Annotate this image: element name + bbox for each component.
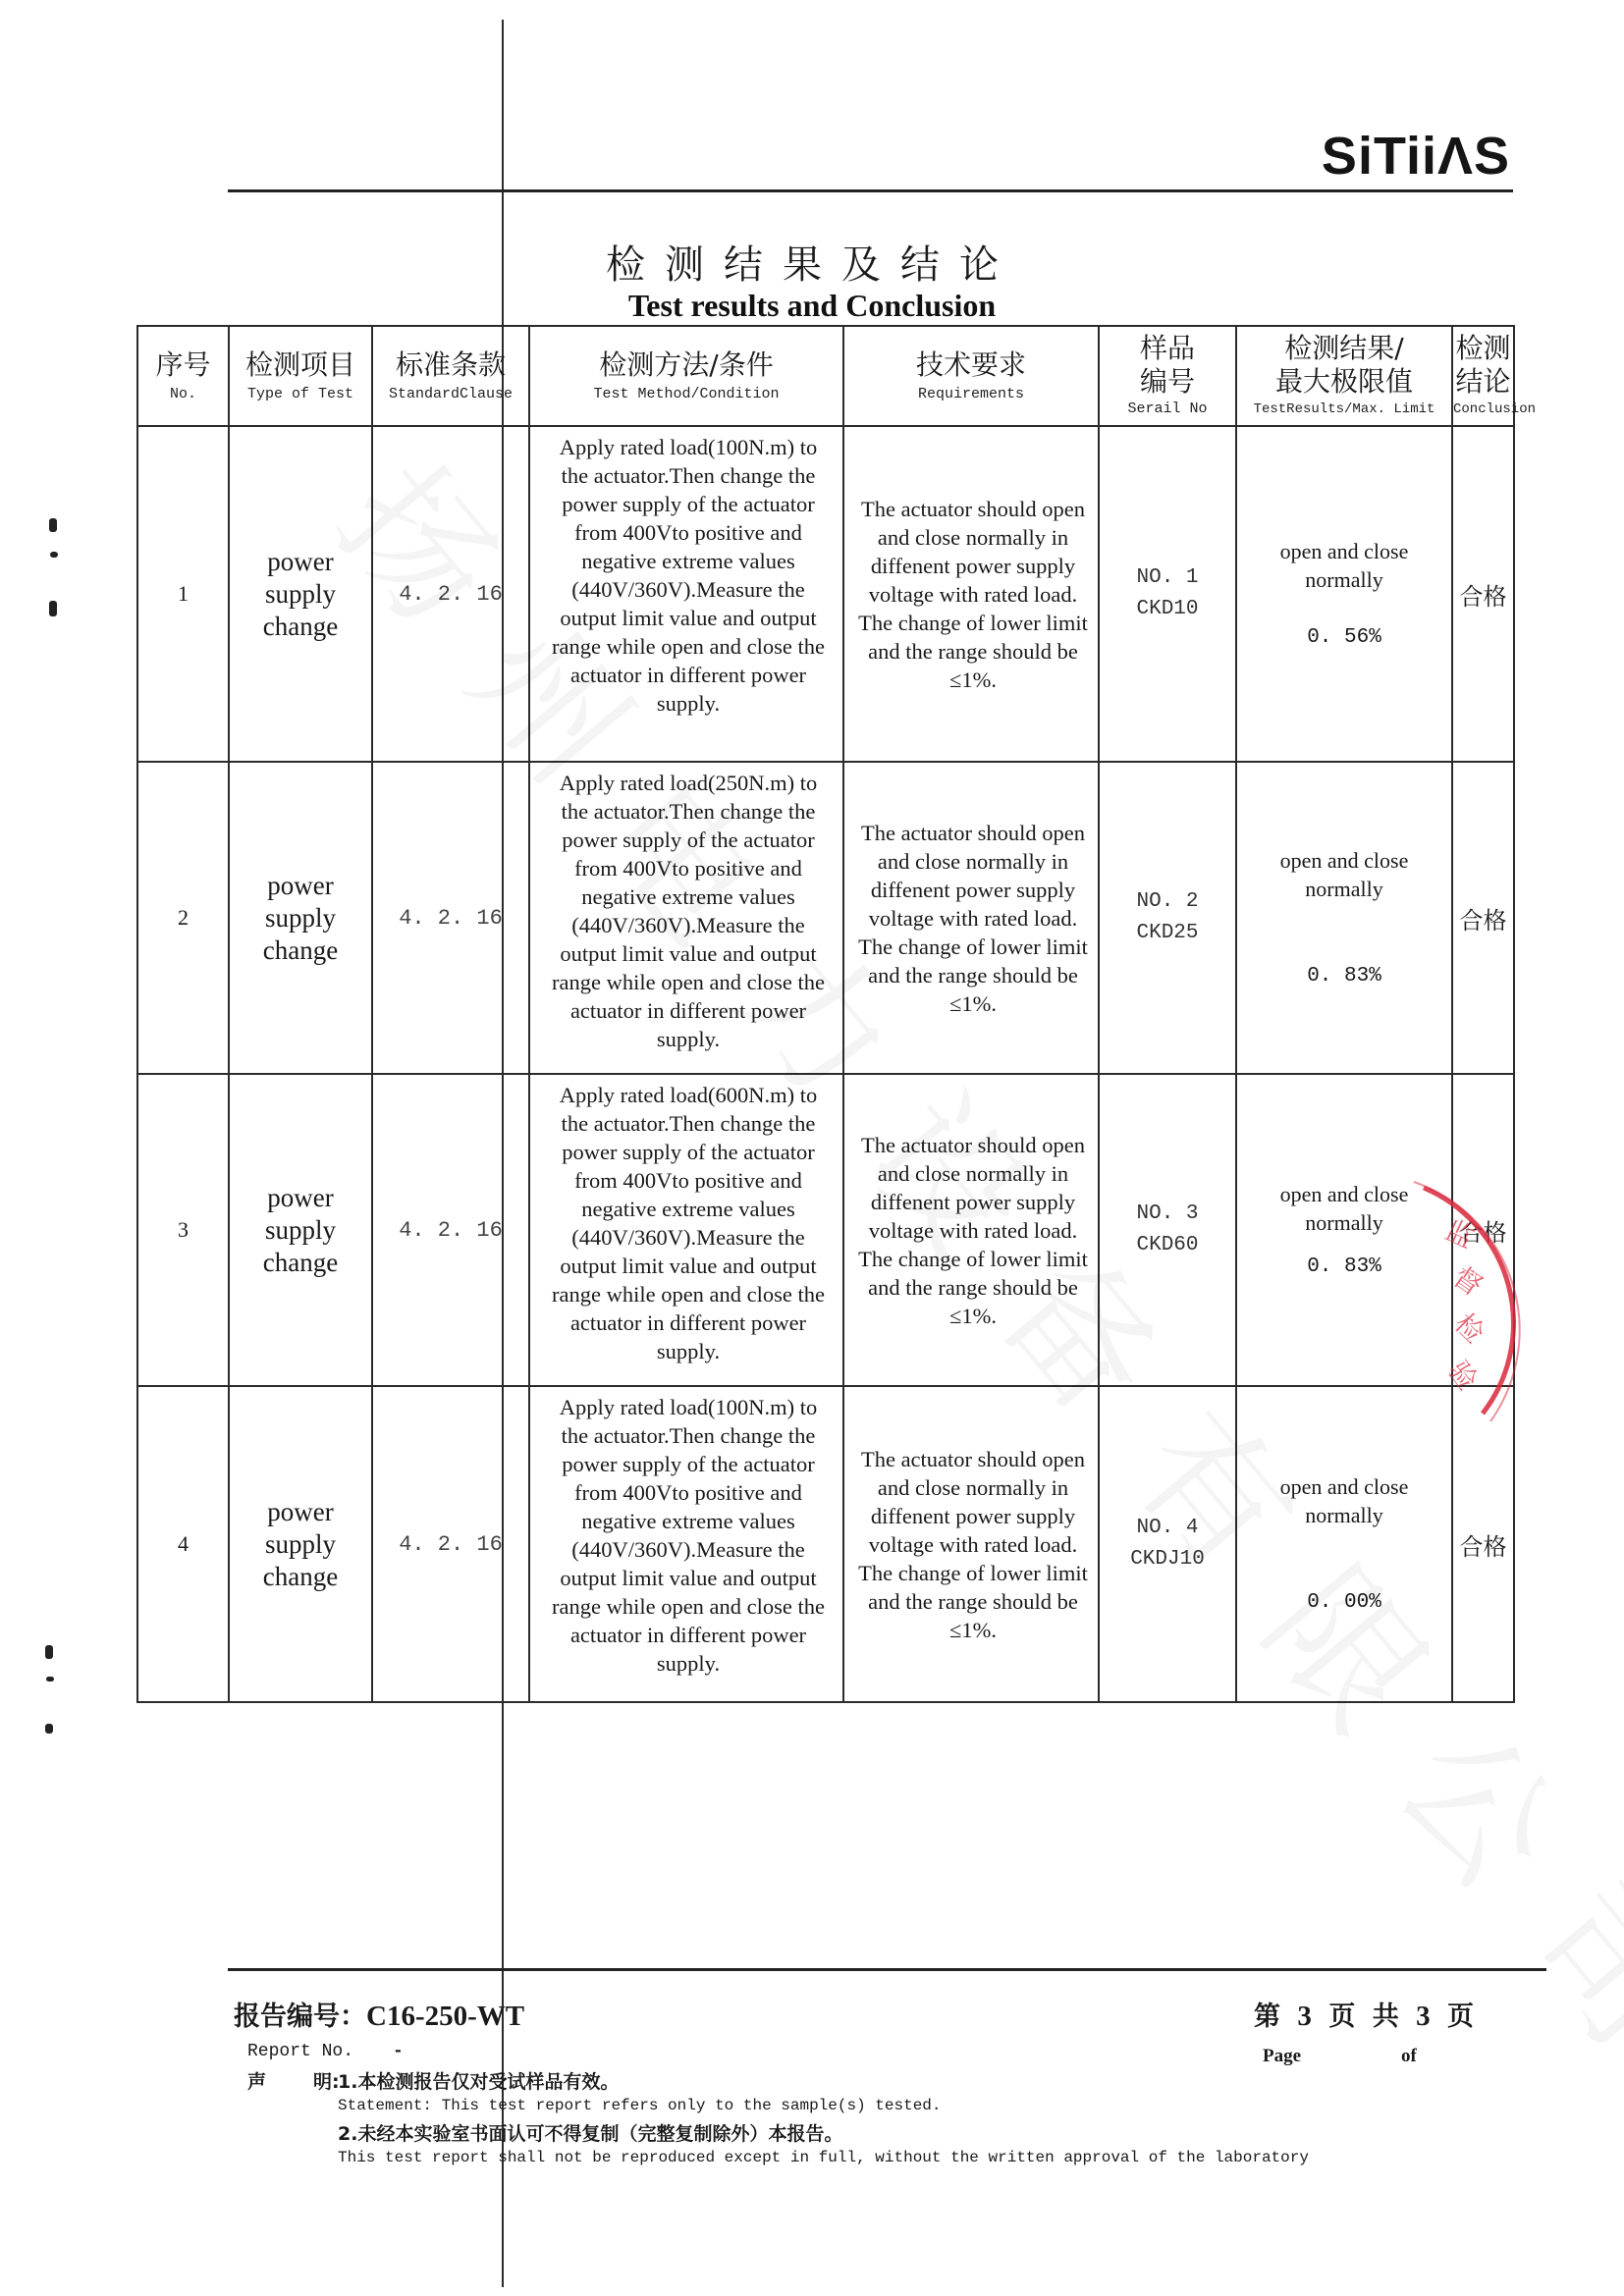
page-title-cn: 检测结果及结论 (0, 234, 1624, 290)
row-requirement: The actuator should open and close norma… (843, 762, 1099, 1074)
row-method: Apply rated load(600N.m) to the actuator… (529, 1074, 843, 1386)
page-indicator-en: Pageof (1263, 2046, 1417, 2067)
binder-hole-mark (49, 518, 57, 532)
row-type: power supply change (229, 1074, 372, 1386)
statement-1-cn: 1.本检测报告仅对受试样品有效。 (338, 2067, 619, 2094)
row-conclusion: 合格 (1452, 426, 1514, 762)
row-clause: 4. 2. 16 (372, 762, 529, 1074)
row-no: 2 (137, 762, 229, 1074)
row-method: Apply rated load(250N.m) to the actuator… (529, 762, 843, 1074)
row-result: open and close normally 0. 00% (1236, 1386, 1452, 1702)
row-type: power supply change (229, 426, 372, 762)
row-serial: NO. 3 CKD60 (1099, 1074, 1236, 1386)
column-header-clause: 标准条款 StandardClause (372, 326, 529, 426)
row-serial: NO. 4 CKDJ10 (1099, 1386, 1236, 1702)
binder-hole-mark (45, 1724, 53, 1734)
binder-hole-mark (45, 1645, 53, 1659)
page-indicator-cn: 第 3 页 共 3 页 (1254, 1995, 1474, 2033)
row-clause: 4. 2. 16 (372, 1386, 529, 1702)
column-header-method: 检测方法/条件 Test Method/Condition (529, 326, 843, 426)
row-result: open and close normally 0. 56% (1236, 426, 1452, 762)
company-logo: SiTiiΛS (1274, 126, 1510, 187)
row-conclusion: 合格 (1452, 1386, 1514, 1702)
binder-hole-mark (50, 552, 58, 558)
row-clause: 4. 2. 16 (372, 426, 529, 762)
row-result: open and close normally 0. 83% (1236, 1074, 1452, 1386)
row-requirement: The actuator should open and close norma… (843, 1074, 1099, 1386)
statement-1-en: Statement: This test report refers only … (338, 2097, 942, 2114)
row-conclusion: 合格 (1452, 762, 1514, 1074)
table-row: 4 power supply change 4. 2. 16 Apply rat… (137, 1386, 1514, 1702)
row-requirement: The actuator should open and close norma… (843, 426, 1099, 762)
report-number: 报告编号：C16-250-WT (234, 1995, 524, 2033)
table-header-row: 序号 No. 检测项目 Type of Test 标准条款 StandardCl… (137, 326, 1514, 426)
page-total: 3 (1416, 2001, 1431, 2032)
row-result: open and close normally 0. 83% (1236, 762, 1452, 1074)
row-serial: NO. 2 CKD25 (1099, 762, 1236, 1074)
header-rule (228, 189, 1513, 192)
page-title-en: Test results and Conclusion (0, 288, 1624, 324)
table-row: 3 power supply change 4. 2. 16 Apply rat… (137, 1074, 1514, 1386)
row-conclusion: 合格 (1452, 1074, 1514, 1386)
row-requirement: The actuator should open and close norma… (843, 1386, 1099, 1702)
row-method: Apply rated load(100N.m) to the actuator… (529, 426, 843, 762)
row-method: Apply rated load(100N.m) to the actuator… (529, 1386, 843, 1702)
column-header-type: 检测项目 Type of Test (229, 326, 372, 426)
table-row: 2 power supply change 4. 2. 16 Apply rat… (137, 762, 1514, 1074)
statement-2-cn: 2.未经本实验室书面认可不得复制（完整复制除外）本报告。 (338, 2119, 842, 2146)
row-no: 3 (137, 1074, 229, 1386)
row-type: power supply change (229, 1386, 372, 1702)
binder-hole-mark (46, 1677, 54, 1682)
statement-2-en: This test report shall not be reproduced… (338, 2149, 1309, 2166)
column-header-serial: 样品 编号 Serail No (1099, 326, 1236, 426)
statement-label: 声明: (247, 2067, 340, 2094)
column-header-conclusion: 检测 结论 Conclusion (1452, 326, 1514, 426)
page-current: 3 (1297, 2001, 1312, 2032)
table-row: 1 power supply change 4. 2. 16 Apply rat… (137, 426, 1514, 762)
row-clause: 4. 2. 16 (372, 1074, 529, 1386)
column-header-results: 检测结果/ 最大极限值 TestResults/Max. Limit (1236, 326, 1452, 426)
row-type: power supply change (229, 762, 372, 1074)
footer-rule (228, 1968, 1546, 1971)
report-number-en: Report No.- (247, 2042, 404, 2061)
column-header-requirements: 技术要求 Requirements (843, 326, 1099, 426)
row-no: 1 (137, 426, 229, 762)
row-serial: NO. 1 CKD10 (1099, 426, 1236, 762)
row-no: 4 (137, 1386, 229, 1702)
test-results-table: 序号 No. 检测项目 Type of Test 标准条款 StandardCl… (136, 325, 1515, 1703)
binder-hole-mark (49, 601, 57, 616)
column-header-no: 序号 No. (137, 326, 229, 426)
